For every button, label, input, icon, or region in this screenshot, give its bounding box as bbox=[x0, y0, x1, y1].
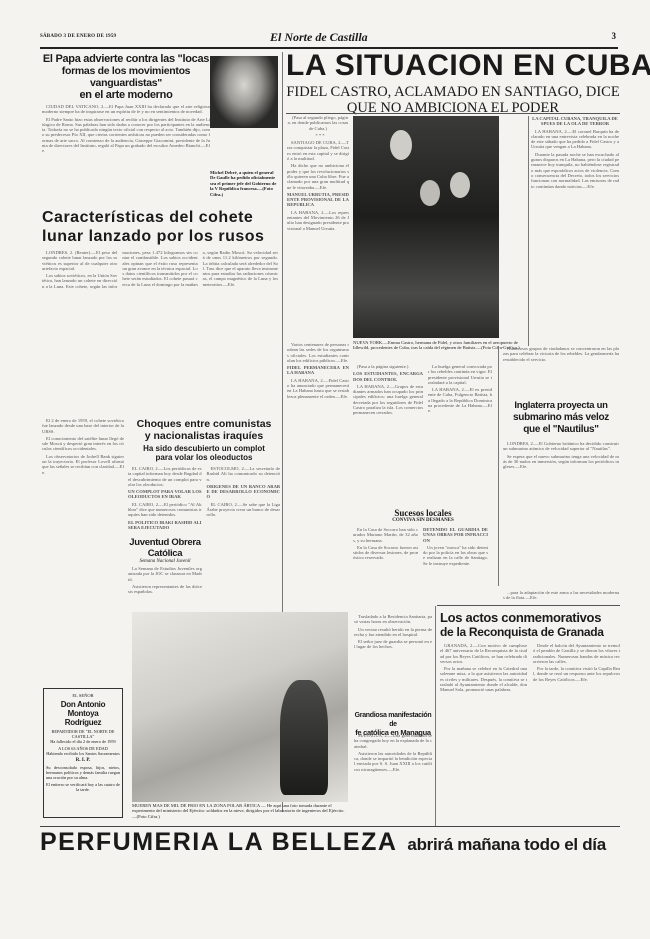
newspaper-title: El Norte de Castilla bbox=[270, 30, 368, 45]
body-cuba-col3: (Pasa a la página siguiente.) LOS ESTUDI… bbox=[353, 364, 423, 509]
body-cohete: LONDRES, 2. (Reuter).—El peso del segund… bbox=[42, 250, 278, 415]
body-grandiosa: MANAGUA, 2.—Una gran multitud se ha cong… bbox=[354, 733, 432, 823]
body-cuba-col2: Varios centenares de personas rodean las… bbox=[287, 342, 349, 502]
page-number: 3 bbox=[612, 31, 617, 41]
photo-michel-debre bbox=[210, 56, 278, 128]
article-choques: Choques entre comunistas y nacionalistas… bbox=[128, 418, 280, 462]
masthead: SÁBADO 3 DE ENERO DE 1959 El Norte de Ca… bbox=[40, 30, 618, 48]
body-reconquista: GRANADA, 2.—Con motivo de cumplirse el 4… bbox=[440, 643, 620, 823]
body-cuba-right-lower: Numerosos grupos de ciudadanos se concen… bbox=[503, 346, 619, 398]
article-reconquista: Los actos conmemorativos de la Reconquis… bbox=[440, 610, 620, 639]
ad-tagline: abrirá mañana todo el día bbox=[407, 835, 605, 854]
photo-face-1 bbox=[390, 130, 412, 160]
issue-date: SÁBADO 3 DE ENERO DE 1959 bbox=[40, 34, 116, 39]
headline-papa: El Papa advierte contra las "locas forma… bbox=[42, 53, 210, 101]
caption-debre: Michel Debré, a quien el general De Gaul… bbox=[210, 170, 278, 206]
body-right-above-reconquista: ...para la adaptación de este arma a las… bbox=[503, 590, 619, 604]
photo-castro-family bbox=[353, 116, 499, 338]
body-col-left-granada: Trasladado a la Residencia Sanitaria, pa… bbox=[354, 614, 432, 709]
photo-face-2 bbox=[420, 180, 440, 206]
photo-face-3 bbox=[450, 172, 470, 198]
cuba-rule bbox=[286, 113, 620, 114]
body-inglaterra: LONDRES, 2.—El Gobierno británico ha dec… bbox=[503, 441, 619, 589]
article-inglaterra: Inglaterra proyecta un submarino más vel… bbox=[503, 400, 619, 436]
article-juventud: Juventud Obrera Católica Semana Nacional… bbox=[128, 537, 202, 565]
body-cuba-col-right: LA CAPITAL CUBANA, TRANQUILA DESPUES DE … bbox=[531, 116, 619, 344]
body-juventud: La Semana de Estudios Juveniles organiza… bbox=[128, 566, 202, 614]
caption-frio: MUEREN MAS DE MIL DE FRIO EN LA ZONA POL… bbox=[132, 803, 348, 823]
article-cuba: LA SITUACION EN CUBA FIDEL CASTRO, ACLAM… bbox=[286, 50, 620, 116]
obituary: EL SEÑOR Don Antonio Montoya Rodríguez R… bbox=[43, 688, 123, 818]
body-cuba-col1: (Pasa al segundo pliego, página, en dond… bbox=[287, 115, 349, 341]
article-papa: El Papa advierte contra las "locas forma… bbox=[42, 53, 210, 222]
headline-sucesos: Sucesos locales bbox=[353, 508, 493, 518]
advertisement-banner: PERFUMERIA LA BELLEZA abrirá mañana todo… bbox=[40, 828, 630, 858]
body-papa: CIUDAD DEL VATICANO, 2.—El Papa Juan XXI… bbox=[42, 104, 210, 222]
photo-figure bbox=[280, 680, 328, 795]
article-sucesos: Sucesos locales CONVIVA SIN DESMANES bbox=[353, 508, 493, 524]
article-cohete: Características del cohete lunar lanzado… bbox=[42, 208, 282, 246]
headline-choques: Choques entre comunistas y nacionalistas… bbox=[128, 418, 280, 442]
subhead-choques: Ha sido descubierto un complot para vola… bbox=[128, 444, 280, 462]
body-left-lower: El 2 de enero de 1959, el cohete soviéti… bbox=[42, 418, 124, 668]
headline-cohete: Características del cohete lunar lanzado… bbox=[42, 208, 282, 246]
ad-brand: PERFUMERIA LA BELLEZA bbox=[40, 828, 397, 856]
body-cuba-col4: La huelga general convocada por los rebe… bbox=[428, 364, 492, 509]
headline-cuba: LA SITUACION EN CUBA bbox=[286, 50, 620, 82]
subhead-cuba: FIDEL CASTRO, ACLAMADO EN SANTIAGO, DICE… bbox=[286, 84, 620, 116]
